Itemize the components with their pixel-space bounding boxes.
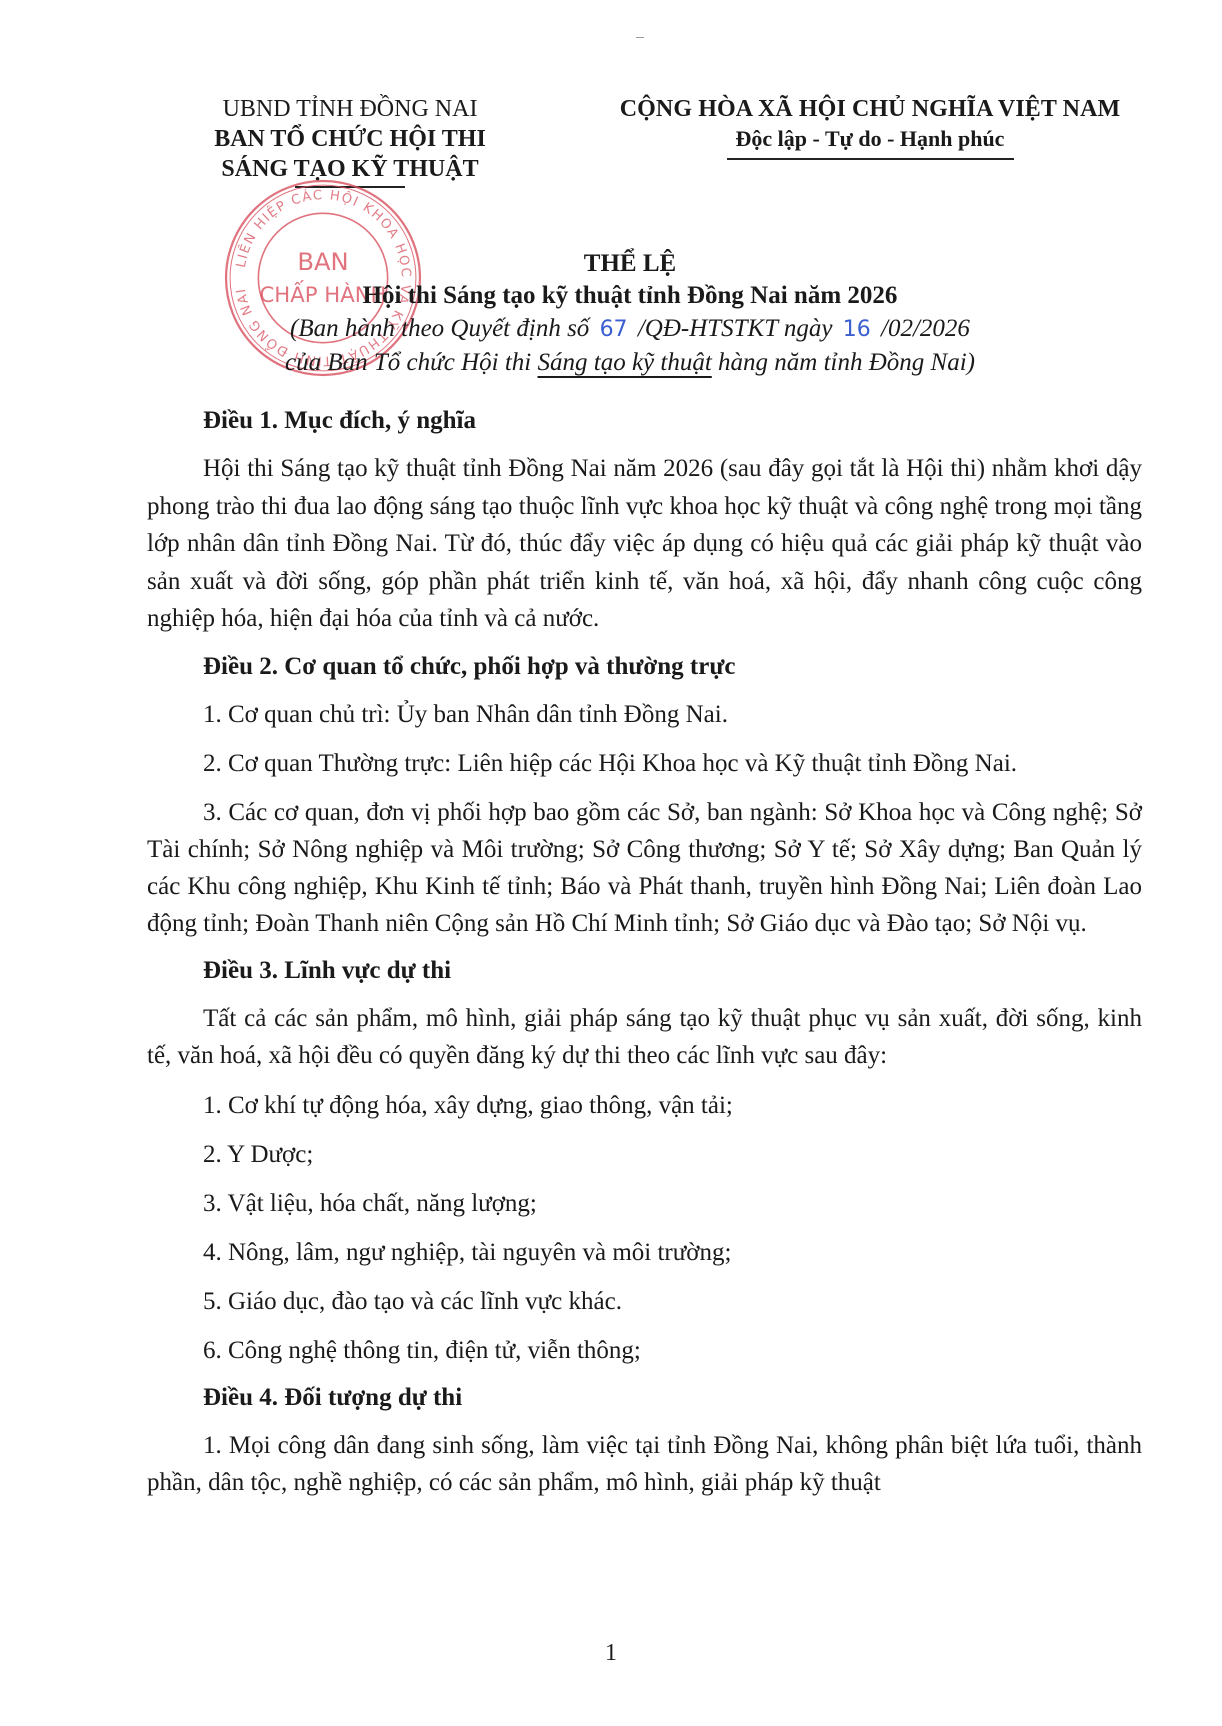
article-3: Điều 3. Lĩnh vực dự thi Tất cả các sản p… (147, 954, 1142, 1369)
article-heading: Điều 1. Mục đích, ý nghĩa (203, 404, 1142, 438)
document-page: UBND TỈNH ĐỒNG NAI BAN TỔ CHỨC HỘI THI S… (0, 0, 1222, 1726)
document-title-block: THỂ LỆ Hội thi Sáng tạo kỹ thuật tỉnh Đồ… (200, 248, 1060, 379)
article-paragraph: Tất cả các sản phẩm, mô hình, giải pháp … (147, 1000, 1142, 1075)
list-item: 3. Vật liệu, hóa chất, năng lượng; (203, 1185, 1142, 1222)
list-item: 3. Các cơ quan, đơn vị phối hợp bao gồm … (147, 794, 1142, 942)
list-item: 1. Mọi công dân đang sinh sống, làm việc… (147, 1427, 1142, 1501)
article-heading: Điều 4. Đối tượng dự thi (203, 1381, 1142, 1415)
issuance-reference: (Ban hành theo Quyết định số 67 /QĐ-HTST… (200, 312, 1060, 346)
list-item: 1. Cơ khí tự động hóa, xây dựng, giao th… (203, 1087, 1142, 1124)
list-item: 6. Công nghệ thông tin, điện tử, viễn th… (203, 1332, 1142, 1369)
document-body: Điều 1. Mục đích, ý nghĩa Hội thi Sáng t… (147, 404, 1142, 1513)
header-right-underline (727, 158, 1014, 160)
article-4: Điều 4. Đối tượng dự thi 1. Mọi công dân… (147, 1381, 1142, 1501)
national-motto-header: CỘNG HÒA XÃ HỘI CHỦ NGHĨA VIỆT NAM Độc l… (570, 94, 1170, 160)
list-item: 1. Cơ quan chủ trì: Ủy ban Nhân dân tỉnh… (203, 696, 1142, 733)
article-heading: Điều 2. Cơ quan tổ chức, phối hợp và thư… (203, 650, 1142, 684)
document-type-title: THỂ LỆ (200, 248, 1060, 280)
national-motto: Độc lập - Tự do - Hạnh phúc (570, 124, 1170, 154)
list-item: 2. Y Dược; (203, 1136, 1142, 1173)
article-paragraph: Hội thi Sáng tạo kỹ thuật tỉnh Đồng Nai … (147, 450, 1142, 638)
issuing-body-reference: của Ban Tổ chức Hội thi Sáng tạo kỹ thuậ… (200, 346, 1060, 379)
issuing-agency-header: UBND TỈNH ĐỒNG NAI BAN TỔ CHỨC HỘI THI S… (180, 94, 520, 188)
list-item: 2. Cơ quan Thường trực: Liên hiệp các Hộ… (203, 745, 1142, 782)
article-2: Điều 2. Cơ quan tổ chức, phối hợp và thư… (147, 650, 1142, 942)
document-subject: Hội thi Sáng tạo kỹ thuật tỉnh Đồng Nai … (200, 280, 1060, 312)
list-item: 5. Giáo dục, đào tạo và các lĩnh vực khá… (203, 1283, 1142, 1320)
scan-artifact (636, 37, 644, 38)
article-heading: Điều 3. Lĩnh vực dự thi (203, 954, 1142, 988)
handwritten-decision-number: 67 (596, 317, 632, 342)
handwritten-decision-day: 16 (839, 317, 875, 342)
article-1: Điều 1. Mục đích, ý nghĩa Hội thi Sáng t… (147, 404, 1142, 638)
list-item: 4. Nông, lâm, ngư nghiệp, tài nguyên và … (203, 1234, 1142, 1271)
country-name: CỘNG HÒA XÃ HỘI CHỦ NGHĨA VIỆT NAM (570, 94, 1170, 124)
agency-parent: UBND TỈNH ĐỒNG NAI (180, 94, 520, 124)
agency-name-line1: BAN TỔ CHỨC HỘI THI (180, 124, 520, 154)
page-number: 1 (0, 1640, 1222, 1667)
